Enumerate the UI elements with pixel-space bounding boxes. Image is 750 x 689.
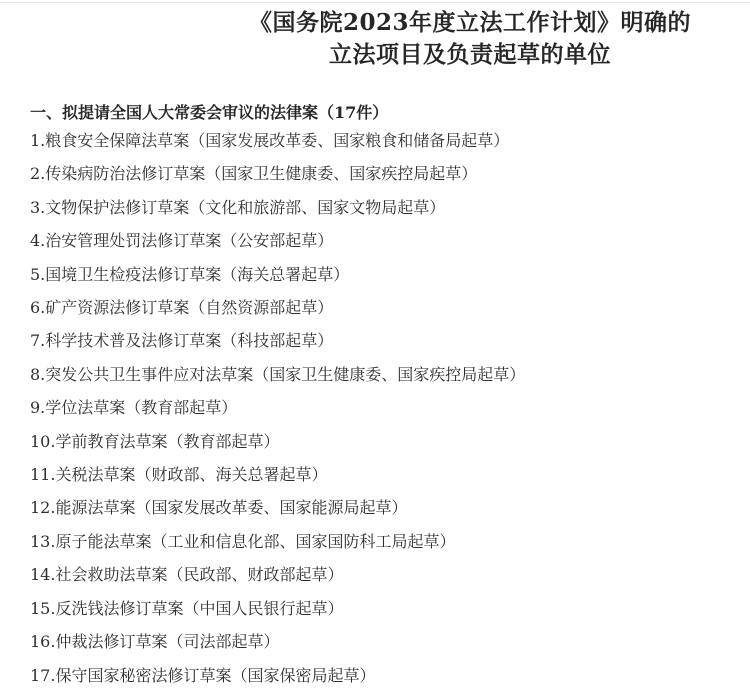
list-item-15: 15.反洗钱法修订草案（中国人民银行起草） xyxy=(30,592,730,625)
list-item-3: 3.文物保护法修订草案（文化和旅游部、国家文物局起草） xyxy=(30,191,730,224)
list-item-6: 6.矿产资源法修订草案（自然资源部起草） xyxy=(30,291,730,324)
list-item-5: 5.国境卫生检疫法修订草案（海关总署起草） xyxy=(30,258,730,291)
title-line-1: 《国务院2023年度立法工作计划》明确的 xyxy=(95,7,750,39)
title-line-2: 立法项目及负责起草的单位 xyxy=(95,39,750,71)
list-item-8: 8.突发公共卫生事件应对法草案（国家卫生健康委、国家疾控局起草） xyxy=(30,358,730,391)
list-item-14: 14.社会救助法草案（民政部、财政部起草） xyxy=(30,558,730,591)
list-item-12: 12.能源法草案（国家发展改革委、国家能源局起草） xyxy=(30,491,730,524)
top-divider xyxy=(0,0,750,3)
list-item-7: 7.科学技术普及法修订草案（科技部起草） xyxy=(30,324,730,357)
section-heading: 一、拟提请全国人大常委会审议的法律案（17件） xyxy=(30,102,730,124)
list-item-13: 13.原子能法草案（工业和信息化部、国家国防科工局起草） xyxy=(30,525,730,558)
document-title: 《国务院2023年度立法工作计划》明确的 立法项目及负责起草的单位 xyxy=(95,7,750,71)
list-item-9: 9.学位法草案（教育部起草） xyxy=(30,391,730,424)
list-item-16: 16.仲裁法修订草案（司法部起草） xyxy=(30,625,730,658)
list-item-10: 10.学前教育法草案（教育部起草） xyxy=(30,425,730,458)
document-page: 《国务院2023年度立法工作计划》明确的 立法项目及负责起草的单位 一、拟提请全… xyxy=(0,0,750,689)
list-item-17: 17.保守国家秘密法修订草案（国家保密局起草） xyxy=(30,659,730,689)
list-item-2: 2.传染病防治法修订草案（国家卫生健康委、国家疾控局起草） xyxy=(30,157,730,190)
list-item-11: 11.关税法草案（财政部、海关总署起草） xyxy=(30,458,730,491)
list-item-1: 1.粮食安全保障法草案（国家发展改革委、国家粮食和储备局起草） xyxy=(30,124,730,157)
document-body: 一、拟提请全国人大常委会审议的法律案（17件） 1.粮食安全保障法草案（国家发展… xyxy=(0,102,750,689)
legislation-list: 1.粮食安全保障法草案（国家发展改革委、国家粮食和储备局起草） 2.传染病防治法… xyxy=(30,124,730,689)
list-item-4: 4.治安管理处罚法修订草案（公安部起草） xyxy=(30,224,730,257)
